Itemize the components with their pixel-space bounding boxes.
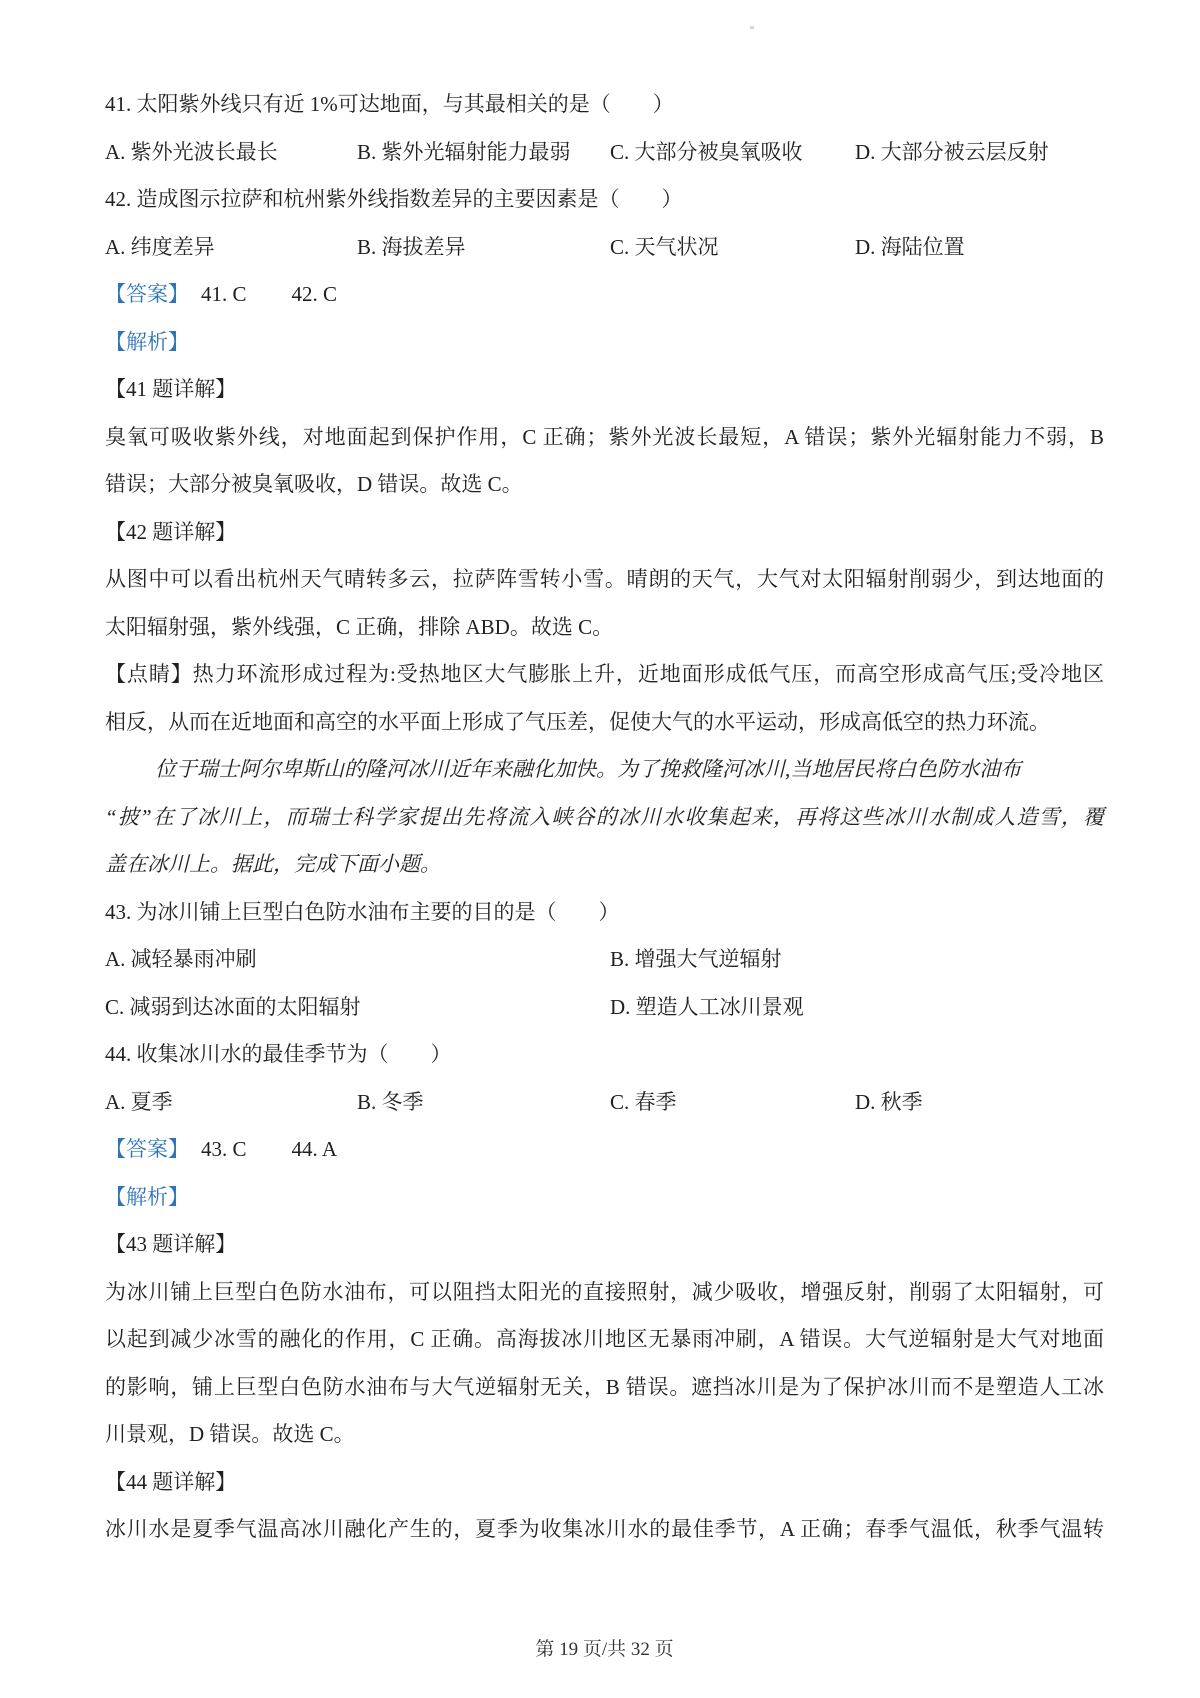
passage-text: 位于瑞士阿尔卑斯山的隆河冰川近年来融化加快。为了挽救隆河冰川,当地居民将白色防水… <box>105 746 1104 794</box>
passage-text: “披”在了冰川上，而瑞士科学家提出先将流入峡谷的冰川水收集起来，再将这些冰川水制… <box>105 794 1104 842</box>
detail-43-text: 为冰川铺上巨型白色防水油布，可以阻挡太阳光的直接照射，减少吸收，增强反射，削弱了… <box>105 1269 1104 1317</box>
option-c: C. 春季 <box>610 1079 855 1127</box>
question-42-options: A. 纬度差异 B. 海拔差异 C. 天气状况 D. 海陆位置 <box>105 224 1104 272</box>
page-footer: 第 19 页/共 32 页 <box>105 1630 1104 1670</box>
answer-label: 【答案】 <box>105 282 189 306</box>
answer-line-41-42: 【答案】41. C42. C <box>105 271 1104 319</box>
passage-text: 盖在冰川上。据此，完成下面小题。 <box>105 841 1104 889</box>
option-a: A. 减轻暴雨冲刷 <box>105 936 610 984</box>
tip-text: 相反，从而在近地面和高空的水平面上形成了气压差，促使大气的水平运动，形成高低空的… <box>105 699 1104 747</box>
scan-artifact <box>750 26 754 29</box>
option-a: A. 纬度差异 <box>105 224 357 272</box>
option-b: B. 紫外光辐射能力最弱 <box>357 129 610 177</box>
question-43-options-row2: C. 减弱到达冰面的太阳辐射 D. 塑造人工冰川景观 <box>105 984 1104 1032</box>
option-d: D. 大部分被云层反射 <box>855 129 1104 177</box>
tip-text: 【点睛】热力环流形成过程为:受热地区大气膨胀上升，近地面形成低气压，而高空形成高… <box>105 651 1104 699</box>
answer-44: 44. A <box>292 1137 338 1161</box>
option-c: C. 减弱到达冰面的太阳辐射 <box>105 984 610 1032</box>
detail-43-text: 以起到减少冰雪的融化的作用，C 正确。高海拔冰川地区无暴雨冲刷，A 错误。大气逆… <box>105 1316 1104 1364</box>
answer-line-43-44: 【答案】43. C44. A <box>105 1126 1104 1174</box>
detail-42-text: 从图中可以看出杭州天气晴转多云，拉萨阵雪转小雪。晴朗的天气，大气对太阳辐射削弱少… <box>105 556 1104 604</box>
question-43-stem: 43. 为冰川铺上巨型白色防水油布主要的目的是（ ） <box>105 889 1104 937</box>
answer-41: 41. C <box>201 282 247 306</box>
option-d: D. 海陆位置 <box>855 224 1104 272</box>
option-c: C. 大部分被臭氧吸收 <box>610 129 855 177</box>
analysis-label: 【解析】 <box>105 319 1104 367</box>
option-a: A. 夏季 <box>105 1079 357 1127</box>
detail-43-text: 川景观，D 错误。故选 C。 <box>105 1411 1104 1459</box>
option-c: C. 天气状况 <box>610 224 855 272</box>
detail-44-text: 冰川水是夏季气温高冰川融化产生的，夏季为收集冰川水的最佳季节，A 正确；春季气温… <box>105 1506 1104 1554</box>
question-43-options-row1: A. 减轻暴雨冲刷 B. 增强大气逆辐射 <box>105 936 1104 984</box>
detail-41-text: 错误；大部分被臭氧吸收，D 错误。故选 C。 <box>105 461 1104 509</box>
detail-41-text: 臭氧可吸收紫外线，对地面起到保护作用，C 正确；紫外光波长最短，A 错误；紫外光… <box>105 414 1104 462</box>
analysis-label: 【解析】 <box>105 1174 1104 1222</box>
detail-42-header: 【42 题详解】 <box>105 509 1104 557</box>
detail-41-header: 【41 题详解】 <box>105 366 1104 414</box>
option-b: B. 增强大气逆辐射 <box>610 936 1104 984</box>
question-41-options: A. 紫外光波长最长 B. 紫外光辐射能力最弱 C. 大部分被臭氧吸收 D. 大… <box>105 129 1104 177</box>
detail-43-text: 的影响，铺上巨型白色防水油布与大气逆辐射无关，B 错误。遮挡冰川是为了保护冰川而… <box>105 1364 1104 1412</box>
option-b: B. 海拔差异 <box>357 224 610 272</box>
question-42-stem: 42. 造成图示拉萨和杭州紫外线指数差异的主要因素是（ ） <box>105 176 1104 224</box>
option-a: A. 紫外光波长最长 <box>105 129 357 177</box>
option-b: B. 冬季 <box>357 1079 610 1127</box>
detail-42-text: 太阳辐射强，紫外线强，C 正确，排除 ABD。故选 C。 <box>105 604 1104 652</box>
question-41-stem: 41. 太阳紫外线只有近 1%可达地面，与其最相关的是（ ） <box>105 81 1104 129</box>
question-44-stem: 44. 收集冰川水的最佳季节为（ ） <box>105 1031 1104 1079</box>
option-d: D. 秋季 <box>855 1079 1104 1127</box>
detail-43-header: 【43 题详解】 <box>105 1221 1104 1269</box>
answer-42: 42. C <box>292 282 338 306</box>
detail-44-header: 【44 题详解】 <box>105 1459 1104 1507</box>
document-page: 41. 太阳紫外线只有近 1%可达地面，与其最相关的是（ ） A. 紫外光波长最… <box>0 0 1200 1670</box>
option-d: D. 塑造人工冰川景观 <box>610 984 1104 1032</box>
question-44-options: A. 夏季 B. 冬季 C. 春季 D. 秋季 <box>105 1079 1104 1127</box>
answer-label: 【答案】 <box>105 1137 189 1161</box>
answer-43: 43. C <box>201 1137 247 1161</box>
